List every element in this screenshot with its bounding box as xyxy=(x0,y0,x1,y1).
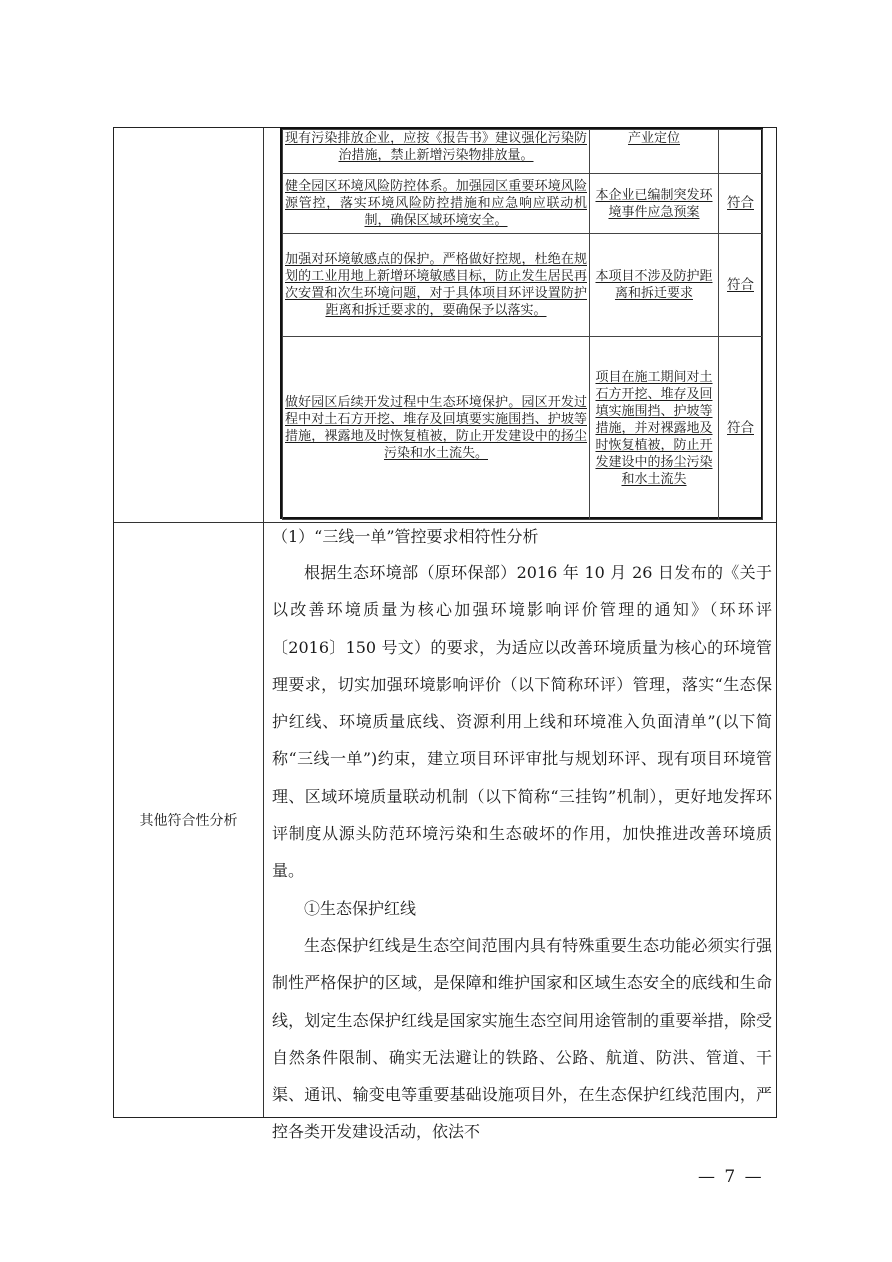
project-status-cell: 本企业已编制突发环境事件应急预案 xyxy=(590,174,719,234)
requirement-cell: 现有污染排放企业，应按《报告书》建议强化污染防治措施，禁止新增污染物排放量。 xyxy=(283,130,590,174)
table-row: 做好园区后续开发过程中生态环境保护。园区开发过程中对土石方开挖、堆存及回填要实施… xyxy=(283,337,763,520)
column-divider xyxy=(263,128,264,1117)
section-heading: （1）“三线一单”管控要求相符性分析 xyxy=(272,524,772,550)
requirement-cell: 加强对环境敏感点的保护。严格做好控规，杜绝在规划的工业用地上新增环境敏感目标，防… xyxy=(283,234,590,337)
subheading: ①生态保护红线 xyxy=(272,890,772,927)
section-label: 其他符合性分析 xyxy=(114,523,263,1117)
project-status-cell: 本项目不涉及防护距离和拆迁要求 xyxy=(590,234,719,337)
table-row: 现有污染排放企业，应按《报告书》建议强化污染防治措施，禁止新增污染物排放量。 产… xyxy=(283,130,763,174)
conformity-cell: 符合 xyxy=(719,337,763,520)
conformity-cell: 符合 xyxy=(719,234,763,337)
page-number: — 7 — xyxy=(698,1167,764,1187)
conformity-cell xyxy=(719,130,763,174)
table-row: 加强对环境敏感点的保护。严格做好控规，杜绝在规划的工业用地上新增环境敏感目标，防… xyxy=(283,234,763,337)
paragraph: 生态保护红线是生态空间范围内具有特殊重要生态功能必须实行强制性严格保护的区域，是… xyxy=(272,927,772,1151)
project-status-cell: 项目在施工期间对土石方开挖、堆存及回填实施围挡、护坡等措施，并对裸露地及时恢复植… xyxy=(590,337,719,520)
planning-conformity-table: 现有污染排放企业，应按《报告书》建议强化污染防治措施，禁止新增污染物排放量。 产… xyxy=(280,127,763,519)
paragraph: 根据生态环境部（原环保部）2016 年 10 月 26 日发布的《关于以改善环境… xyxy=(272,554,772,890)
project-status-cell: 产业定位 xyxy=(590,130,719,174)
section-content: （1）“三线一单”管控要求相符性分析 根据生态环境部（原环保部）2016 年 1… xyxy=(272,524,772,1151)
requirement-cell: 健全园区环境风险防控体系。加强园区重要环境风险源管控，落实环境风险防控措施和应急… xyxy=(283,174,590,234)
requirement-cell: 做好园区后续开发过程中生态环境保护。园区开发过程中对土石方开挖、堆存及回填要实施… xyxy=(283,337,590,520)
table-row: 健全园区环境风险防控体系。加强园区重要环境风险源管控，落实环境风险防控措施和应急… xyxy=(283,174,763,234)
conformity-cell: 符合 xyxy=(719,174,763,234)
